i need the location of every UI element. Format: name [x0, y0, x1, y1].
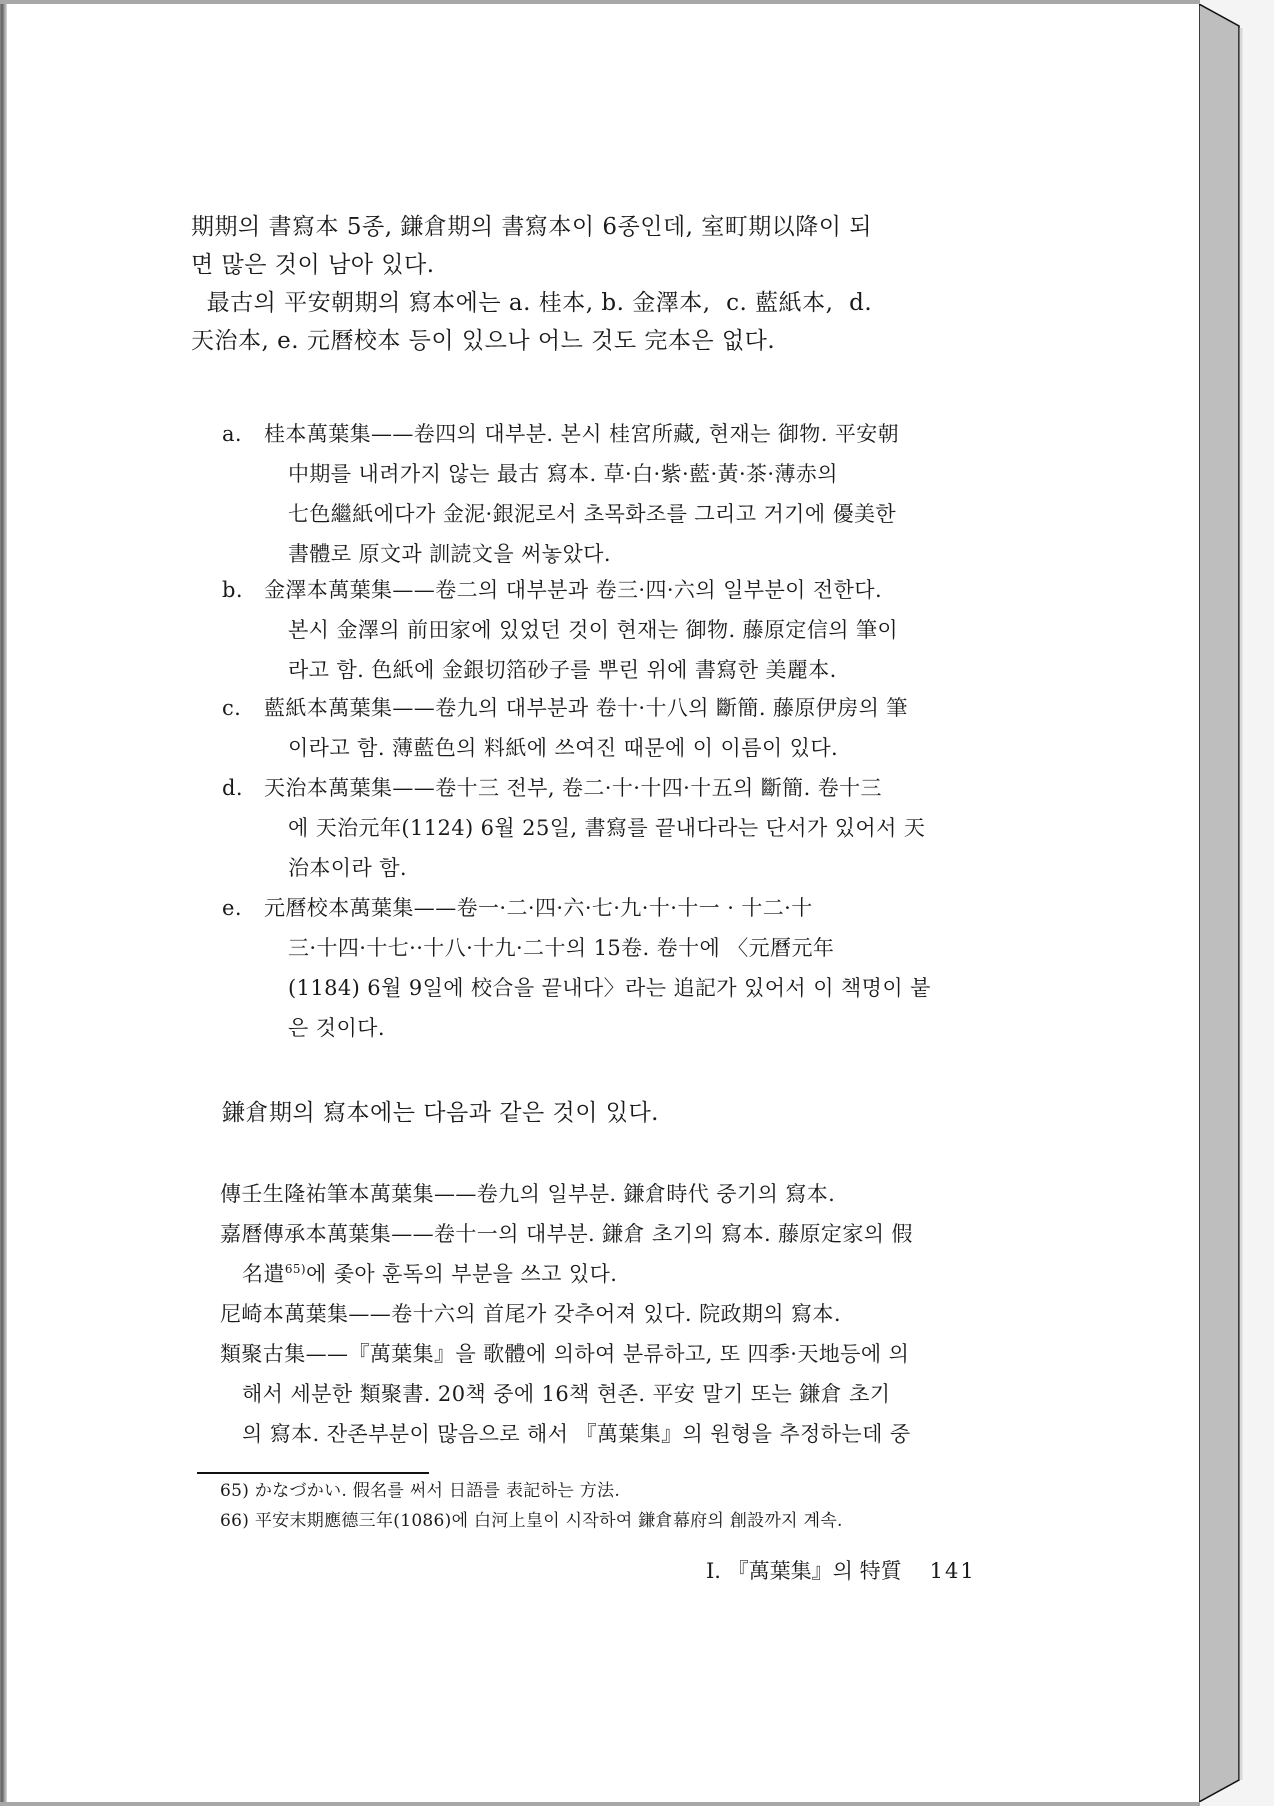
kamakura-item-4-line-2: 해서 세분한 類聚書. 20책 중에 16책 현존. 平安 말기 또는 鎌倉 초… [220, 1374, 913, 1414]
list-line: 라고 함. 色紙에 金銀切箔砂子를 뿌린 위에 書寫한 美麗本. [222, 650, 898, 690]
list-line: 본시 金澤의 前田家에 있었던 것이 현재는 御物. 藤原定信의 筆이 [222, 610, 898, 650]
list-marker: e. [222, 888, 264, 928]
list-line: 天治本萬葉集——卷十三 전부, 卷二·十·十四·十五의 斷簡. 卷十三 [264, 776, 882, 800]
footnote-66: 66) 平安末期應德三年(1086)에 白河上皇이 시작하여 鎌倉幕府의 創設까… [220, 1506, 843, 1536]
kamakura-item-4-line-1: 類聚古集——『萬葉集』을 歌體에 의하여 분류하고, 또 四季·天地등에 의 [220, 1334, 913, 1374]
list-item-b: b.金澤本萬葉集——卷二의 대부분과 卷三·四·六의 일부분이 전한다. 본시 … [222, 570, 898, 690]
kamakura-list: 傳壬生隆祐筆本萬葉集——卷九의 일부분. 鎌倉時代 중기의 寫本. 嘉曆傳承本萬… [220, 1174, 913, 1454]
list-item-c: c.藍紙本萬葉集——卷九의 대부분과 卷十·十八의 斷簡. 藤原伊房의 筆 이라… [222, 688, 908, 768]
kamakura-item-3: 尼崎本萬葉集——卷十六의 首尾가 갖추어져 있다. 院政期의 寫本. [220, 1294, 913, 1334]
second-paragraph: 最古의 平安朝期의 寫本에는 a. 桂本, b. 金澤本, c. 藍紙本, d.… [191, 284, 872, 360]
kamakura-intro: 鎌倉期의 寫本에는 다음과 같은 것이 있다. [222, 1094, 659, 1132]
list-marker: d. [222, 768, 264, 808]
list-line: 治本이라 함. [222, 848, 925, 888]
footnote-ref-65[interactable]: 65) [285, 1262, 306, 1276]
list-marker: a. [222, 414, 264, 454]
list-line: 桂本萬葉集——卷四의 대부분. 본시 桂宮所藏, 현재는 御物. 平安朝 [264, 422, 899, 446]
second-line-2: 天治本, e. 元曆校本 등이 있으나 어느 것도 完本은 없다. [191, 322, 872, 360]
document-viewer: 期期의 書寫本 5종, 鎌倉期의 書寫本이 6종인데, 室町期以降이 되 면 많… [0, 0, 1274, 1806]
list-line: 三·十四·十七··十八·十九·二十의 15卷. 卷十에 〈元曆元年 [222, 928, 931, 968]
kamakura-item-4-line-3: 의 寫本. 잔존부분이 많음으로 해서 『萬葉集』의 원형을 추정하는데 중 [220, 1414, 913, 1454]
page-number: 141 [930, 1559, 976, 1583]
list-item-a: a.桂本萬葉集——卷四의 대부분. 본시 桂宮所藏, 현재는 御物. 平安朝 中… [222, 414, 899, 574]
list-line: 七色繼紙에다가 金泥·銀泥로서 초목화조를 그리고 거기에 優美한 [222, 494, 899, 534]
list-item-d: d.天治本萬葉集——卷十三 전부, 卷二·十·十四·十五의 斷簡. 卷十三 에 … [222, 768, 925, 888]
page-thickness-edge [1199, 4, 1243, 1802]
list-line: (1184) 6월 9일에 校合을 끝내다〉라는 追記가 있어서 이 책명이 붙 [222, 968, 931, 1008]
running-footer: I. 『萬葉集』의 特質141 [706, 1555, 976, 1585]
footnote-divider [197, 1472, 429, 1474]
list-line: 은 것이다. [222, 1008, 931, 1048]
list-line: 中期를 내려가지 않는 最古 寫本. 草·白·紫·藍·黃·茶·薄赤의 [222, 454, 899, 494]
viewer-bottom-border [0, 1802, 1200, 1806]
list-line: 藍紙本萬葉集——卷九의 대부분과 卷十·十八의 斷簡. 藤原伊房의 筆 [264, 696, 908, 720]
intro-line-2: 면 많은 것이 남아 있다. [191, 246, 872, 284]
page-left-edge [0, 4, 7, 1802]
list-line: 書體로 原文과 訓読文을 써놓았다. [222, 534, 899, 574]
intro-paragraph: 期期의 書寫本 5종, 鎌倉期의 書寫本이 6종인데, 室町期以降이 되 면 많… [191, 208, 872, 284]
list-line: 이라고 함. 薄藍色의 料紙에 쓰여진 때문에 이 이름이 있다. [222, 728, 908, 768]
list-marker: b. [222, 570, 264, 610]
kamakura-item-2-line-1: 嘉曆傳承本萬葉集——卷十一의 대부분. 鎌倉 초기의 寫本. 藤原定家의 假 [220, 1214, 913, 1254]
list-line: 金澤本萬葉集——卷二의 대부분과 卷三·四·六의 일부분이 전한다. [264, 578, 882, 602]
kamakura-item-2-line-2: 名遣65)에 좇아 훈독의 부분을 쓰고 있다. [220, 1254, 913, 1294]
kamakura-item-1: 傳壬生隆祐筆本萬葉集——卷九의 일부분. 鎌倉時代 중기의 寫本. [220, 1174, 913, 1214]
list-line: 元曆校本萬葉集——卷一·二·四·六·七·九·十·十一 · 十二·十 [264, 896, 813, 920]
intro-line-1: 期期의 書寫本 5종, 鎌倉期의 書寫本이 6종인데, 室町期以降이 되 [191, 208, 872, 246]
list-marker: c. [222, 688, 264, 728]
chapter-title: I. 『萬葉集』의 特質 [706, 1559, 902, 1583]
list-item-e: e.元曆校本萬葉集——卷一·二·四·六·七·九·十·十一 · 十二·十 三·十四… [222, 888, 931, 1048]
footnotes: 65) かなづかい. 假名를 써서 日語를 表記하는 方法. 66) 平安末期應… [220, 1476, 843, 1536]
second-line-1: 最古의 平安朝期의 寫本에는 a. 桂本, b. 金澤本, c. 藍紙本, d. [191, 284, 872, 322]
footnote-65: 65) かなづかい. 假名를 써서 日語를 表記하는 方法. [220, 1476, 843, 1506]
list-line: 에 天治元年(1124) 6월 25일, 書寫를 끝내다라는 단서가 있어서 天 [222, 808, 925, 848]
